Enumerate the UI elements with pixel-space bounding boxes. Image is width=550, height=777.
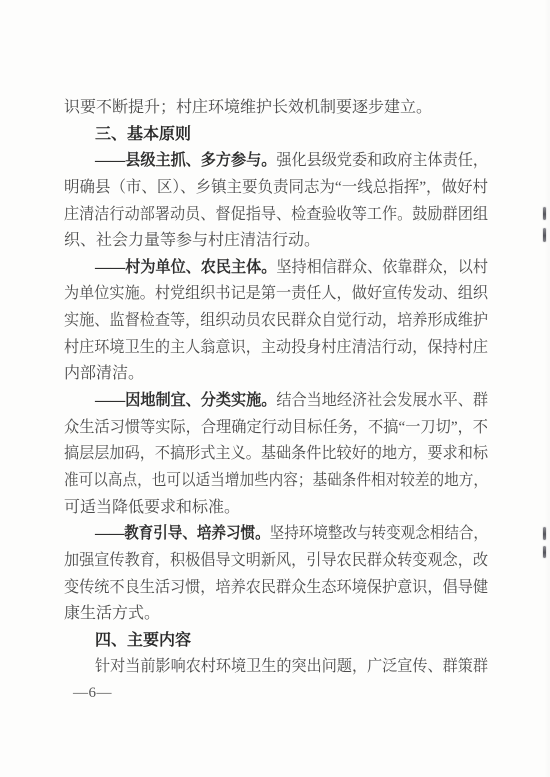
line-text: 四、主要内容 [95,628,191,655]
line-text: 明确县（市、区）、乡镇主要负责同志为“一线总指挥”，做好村 [64,175,488,202]
document-page: 识要不断提升；村庄环境维护长效机制要逐步建立。三、基本原则——县级主抓、多方参与… [0,0,550,777]
text-segment: 坚持环境整改与转变观念相结合， [270,525,488,542]
text-segment: 明确县（市、区）、乡镇主要负责同志为“一线总指挥”，做好村 [64,179,488,196]
text-segment: 众生活习惯等实际，合理确定行动目标任务，不搞“一刀切”，不 [64,419,488,436]
line-text: 三、基本原则 [95,122,191,149]
page-number: —6— [73,685,112,701]
scan-edge-shade [544,0,550,777]
line-text: ——县级主抓、多方参与。强化县级党委和政府主体责任， [95,148,488,175]
text-segment: 为单位实施。村党组织书记是第一责任人，做好宣传发动、组织 [64,285,488,302]
document-line: 搞层层加码，不搞形式主义。基础条件比较好的地方，要求和标 [64,441,488,468]
document-line: ——村为单位、农民主体。坚持相信群众、依靠群众，以村 [64,255,488,282]
line-text: 变传统不良生活习惯，培养农民群众生态环境保护意识，倡导健 [64,575,488,602]
line-text: ——村为单位、农民主体。坚持相信群众、依靠群众，以村 [95,255,488,282]
document-line: 为单位实施。村党组织书记是第一责任人，做好宣传发动、组织 [64,281,488,308]
line-text: 织、社会力量等参与村庄清洁行动。 [64,228,320,255]
text-segment: 实施、监督检查等，组织动员农民群众自觉行动，培养形成维护 [64,312,488,329]
text-segment: 康生活方式。 [64,605,160,622]
line-text: ——因地制宜、分类实施。结合当地经济社会发展水平、群 [95,388,488,415]
line-text: 加强宣传教育，积极倡导文明新风，引导农民群众转变观念，改 [64,548,488,575]
line-text: 针对当前影响农村环境卫生的突出问题，广泛宣传、群策群 [95,654,488,681]
bold-text-segment: 四、主要内容 [95,632,191,649]
line-text: 实施、监督检查等，组织动员农民群众自觉行动，培养形成维护 [64,308,488,335]
line-text: 众生活习惯等实际，合理确定行动目标任务，不搞“一刀切”，不 [64,415,488,442]
line-text: 可适当降低要求和标准。 [64,495,240,522]
section-heading: 四、主要内容 [64,628,488,655]
line-text: 康生活方式。 [64,601,160,628]
line-text: 为单位实施。村党组织书记是第一责任人，做好宣传发动、组织 [64,281,488,308]
bold-text-segment: ——因地制宜、分类实施。 [95,392,276,409]
text-segment: 强化县级党委和政府主体责任， [276,152,488,169]
document-line: 庄清洁行动部署动员、督促指导、检查验收等工作。鼓励群团组 [64,202,488,229]
text-segment: 加强宣传教育，积极倡导文明新风，引导农民群众转变观念，改 [64,552,488,569]
document-line: ——县级主抓、多方参与。强化县级党委和政府主体责任， [64,148,488,175]
text-block: 识要不断提升；村庄环境维护长效机制要逐步建立。三、基本原则——县级主抓、多方参与… [64,95,488,681]
text-segment: 可适当降低要求和标准。 [64,499,240,516]
bold-text-segment: 三、基本原则 [95,126,191,143]
section-heading: 三、基本原则 [64,122,488,149]
text-segment: 庄清洁行动部署动员、督促指导、检查验收等工作。鼓励群团组 [64,206,488,223]
document-line: 识要不断提升；村庄环境维护长效机制要逐步建立。 [64,95,488,122]
document-line: 众生活习惯等实际，合理确定行动目标任务，不搞“一刀切”，不 [64,415,488,442]
document-line: 可适当降低要求和标准。 [64,495,488,522]
document-line: ——教育引导、培养习惯。坚持环境整改与转变观念相结合， [64,521,488,548]
text-segment: 内部清洁。 [64,365,144,382]
text-segment: 识要不断提升；村庄环境维护长效机制要逐步建立。 [64,99,432,116]
document-line: 加强宣传教育，积极倡导文明新风，引导农民群众转变观念，改 [64,548,488,575]
text-segment: 准可以高点，也可以适当增加些内容；基础条件相对较差的地方， [64,472,488,489]
text-segment: 变传统不良生活习惯，培养农民群众生态环境保护意识，倡导健 [64,579,488,596]
text-segment: 织、社会力量等参与村庄清洁行动。 [64,232,320,249]
line-text: 村庄环境卫生的主人翁意识，主动投身村庄清洁行动，保持村庄 [64,335,488,362]
text-segment: 搞层层加码，不搞形式主义。基础条件比较好的地方，要求和标 [64,445,488,462]
line-text: ——教育引导、培养习惯。坚持环境整改与转变观念相结合， [95,521,488,548]
line-text: 识要不断提升；村庄环境维护长效机制要逐步建立。 [64,95,432,122]
line-text: 准可以高点，也可以适当增加些内容；基础条件相对较差的地方， [64,468,488,495]
document-line: 准可以高点，也可以适当增加些内容；基础条件相对较差的地方， [64,468,488,495]
document-line: 实施、监督检查等，组织动员农民群众自觉行动，培养形成维护 [64,308,488,335]
line-text: 庄清洁行动部署动员、督促指导、检查验收等工作。鼓励群团组 [64,202,488,229]
document-line: ——因地制宜、分类实施。结合当地经济社会发展水平、群 [64,388,488,415]
text-segment: 针对当前影响农村环境卫生的突出问题，广泛宣传、群策群 [95,658,488,675]
bold-text-segment: ——教育引导、培养习惯。 [95,525,270,542]
text-segment: 村庄环境卫生的主人翁意识，主动投身村庄清洁行动，保持村庄 [64,339,488,356]
document-line: 针对当前影响农村环境卫生的突出问题，广泛宣传、群策群 [64,654,488,681]
text-segment: 坚持相信群众、依靠群众，以村 [276,259,488,276]
document-line: 明确县（市、区）、乡镇主要负责同志为“一线总指挥”，做好村 [64,175,488,202]
document-line: 织、社会力量等参与村庄清洁行动。 [64,228,488,255]
bold-text-segment: ——县级主抓、多方参与。 [95,152,276,169]
document-line: 村庄环境卫生的主人翁意识，主动投身村庄清洁行动，保持村庄 [64,335,488,362]
document-line: 康生活方式。 [64,601,488,628]
line-text: 内部清洁。 [64,361,144,388]
line-text: 搞层层加码，不搞形式主义。基础条件比较好的地方，要求和标 [64,441,488,468]
bold-text-segment: ——村为单位、农民主体。 [95,259,276,276]
text-segment: 结合当地经济社会发展水平、群 [276,392,488,409]
document-line: 内部清洁。 [64,361,488,388]
document-line: 变传统不良生活习惯，培养农民群众生态环境保护意识，倡导健 [64,575,488,602]
